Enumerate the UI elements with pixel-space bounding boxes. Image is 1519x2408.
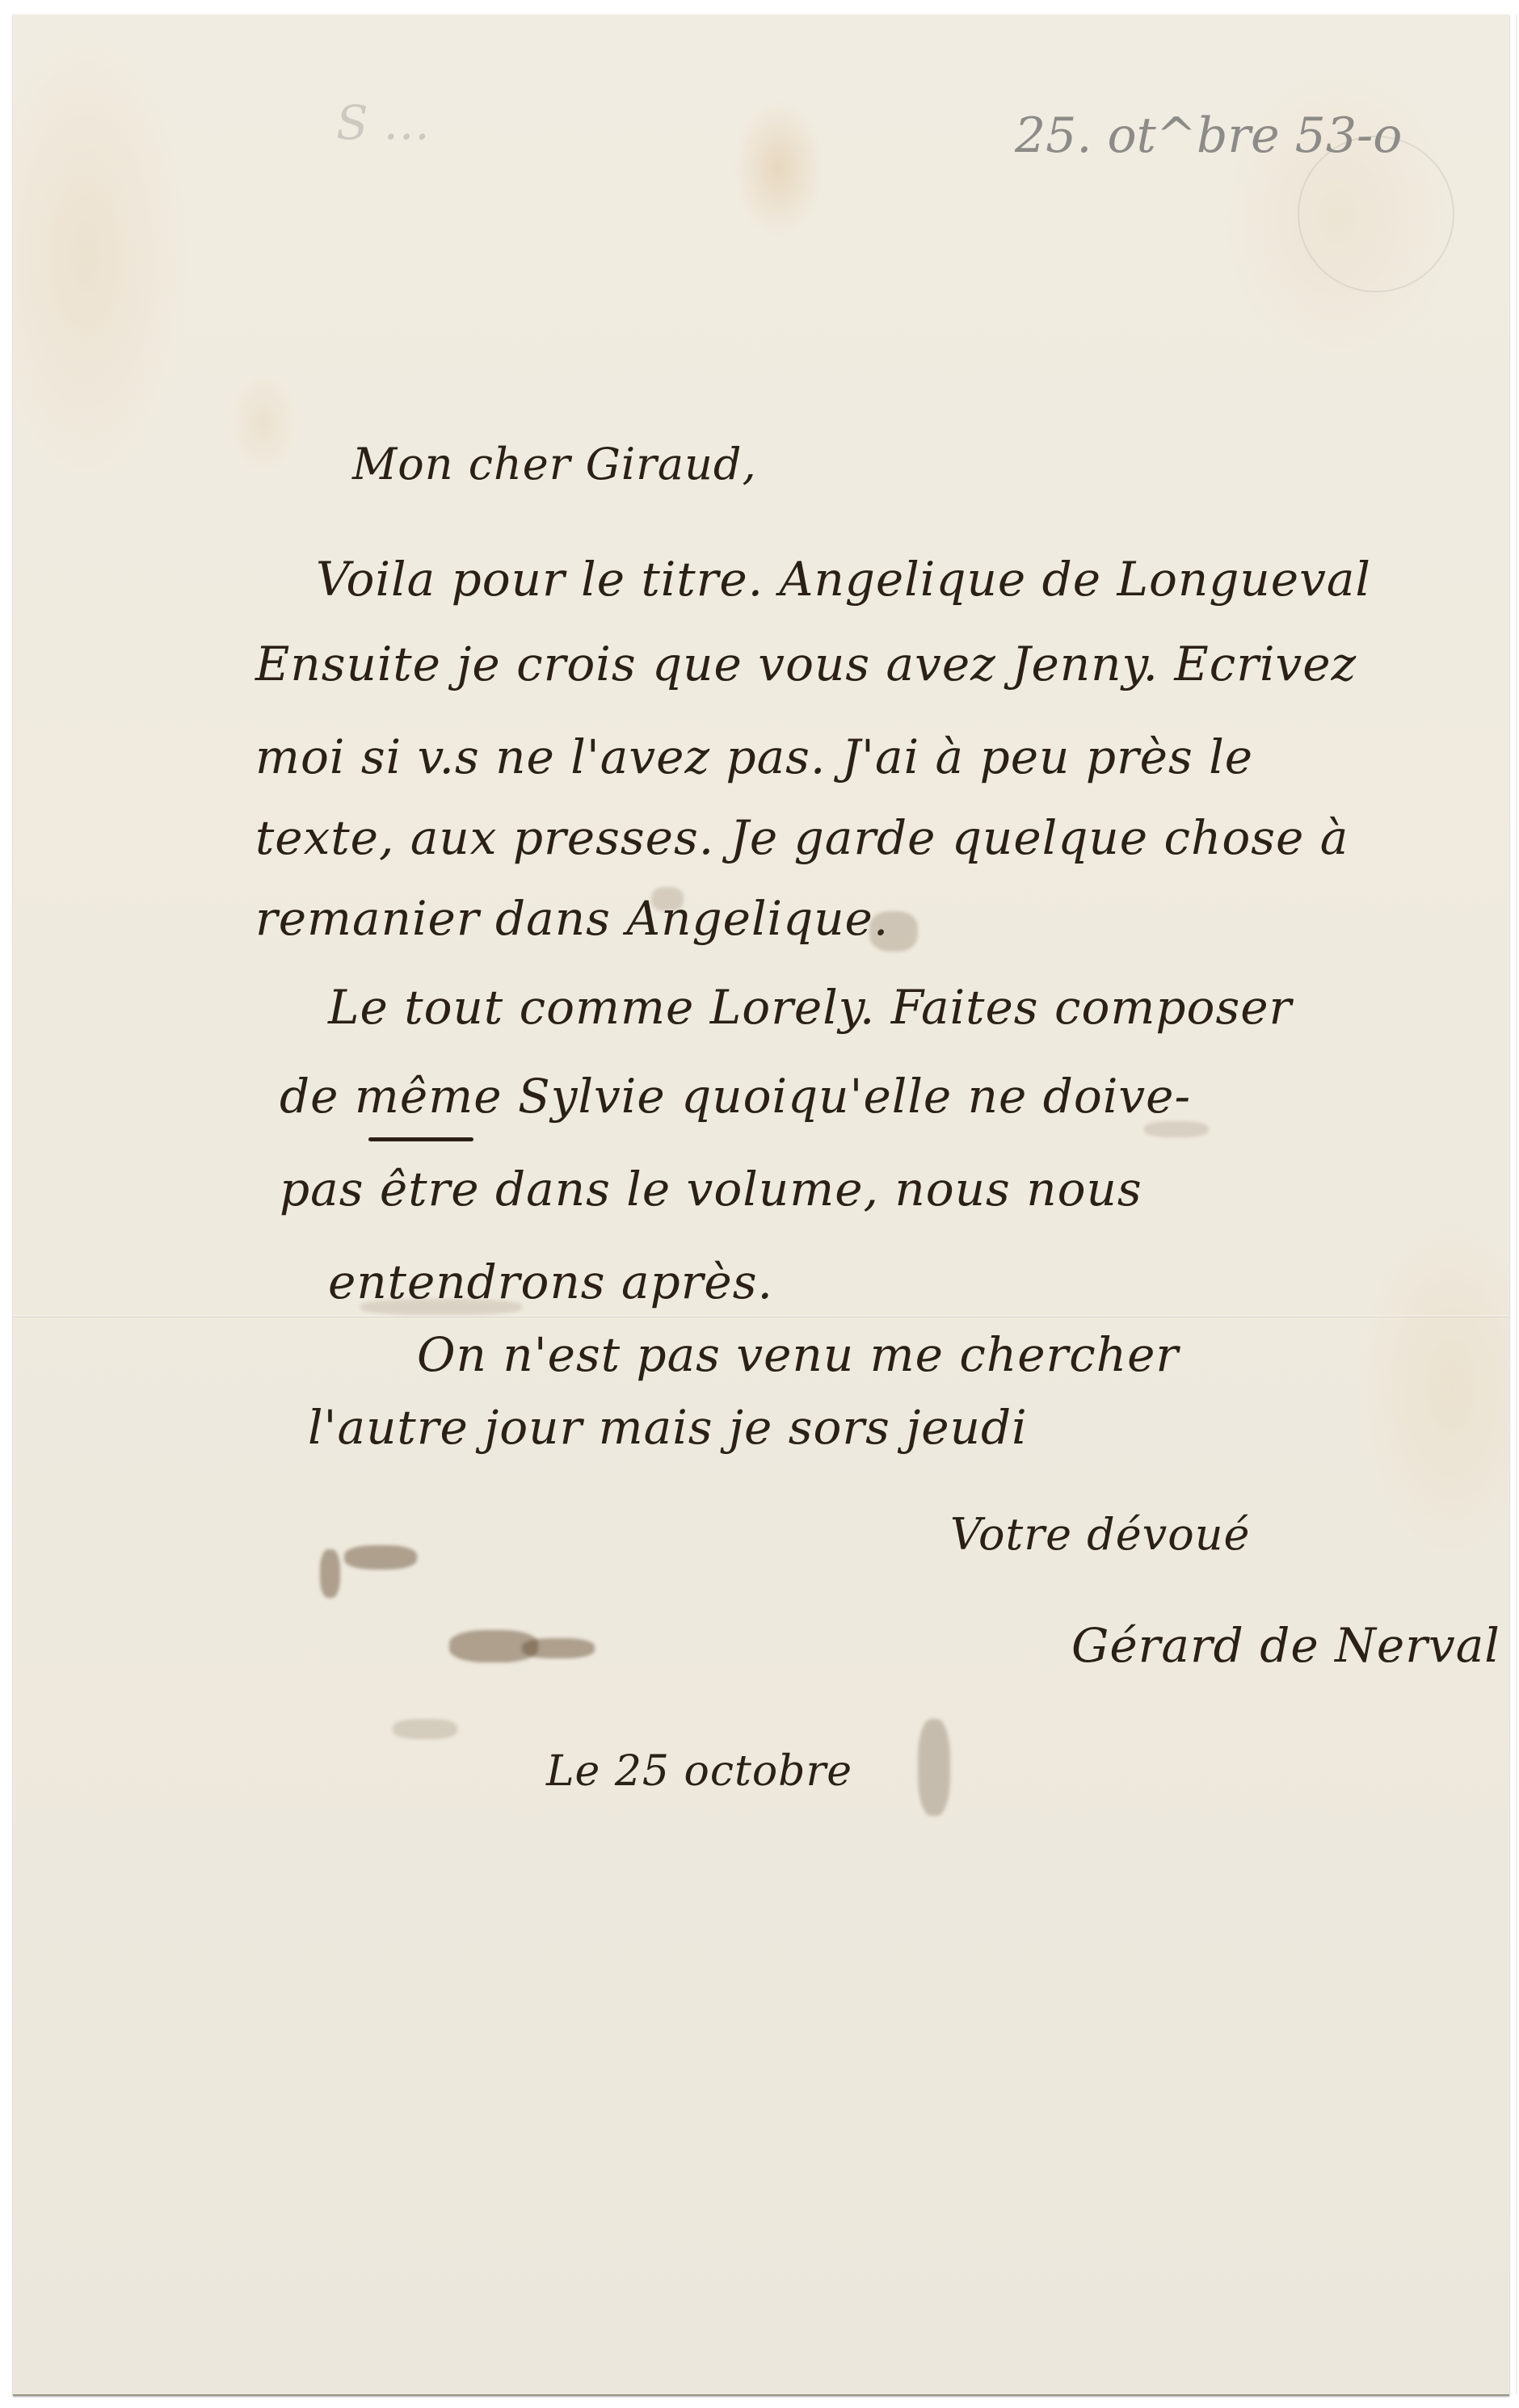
signature: Gérard de Nerval	[1071, 1618, 1500, 1673]
ink-smudge	[320, 1549, 340, 1598]
body-line-2: Ensuite je crois que vous avez Jenny. Ec…	[255, 637, 1357, 691]
pencil-note-top-left: S …	[336, 95, 430, 150]
closing: Votre dévoué	[950, 1509, 1250, 1560]
ink-smudge	[344, 1545, 417, 1570]
horizontal-fold-line	[13, 1315, 1509, 1317]
ink-smudge	[393, 1719, 457, 1739]
ink-smudge	[360, 1299, 522, 1315]
body-line-8: pas être dans le volume, nous nous	[280, 1162, 1142, 1217]
body-line-1: Voila pour le titre. Angelique de Longue…	[316, 552, 1371, 607]
salutation: Mon cher Giraud,	[352, 439, 757, 490]
ink-smudge	[651, 887, 684, 911]
body-line-4: texte, aux presses. Je garde quelque cho…	[255, 810, 1349, 865]
body-line-10: On n'est pas venu me chercher	[417, 1327, 1179, 1382]
ink-smudge	[869, 911, 918, 952]
ink-smudge	[1144, 1121, 1209, 1137]
letter-page: S … 25. ot^bre 53-o Mon cher Giraud, Voi…	[13, 15, 1509, 2396]
body-line-6: Le tout comme Lorely. Faites composer	[328, 980, 1292, 1035]
body-line-3: moi si v.s ne l'avez pas. J'ai à peu prè…	[255, 729, 1253, 784]
date-line: Le 25 octobre	[546, 1747, 852, 1796]
sylvie-underline	[368, 1137, 473, 1141]
body-line-7: de même Sylvie quoiqu'elle ne doive-	[280, 1069, 1191, 1124]
right-edge-shadow	[1516, 15, 1517, 2394]
ink-smudge	[522, 1638, 595, 1658]
body-line-11: l'autre jour mais je sors jeudi	[308, 1400, 1028, 1455]
body-line-5: remanier dans Angelique.	[255, 891, 889, 946]
pencil-date-note: 25. ot^bre 53-o	[1015, 107, 1402, 164]
ink-smudge	[918, 1719, 950, 1816]
